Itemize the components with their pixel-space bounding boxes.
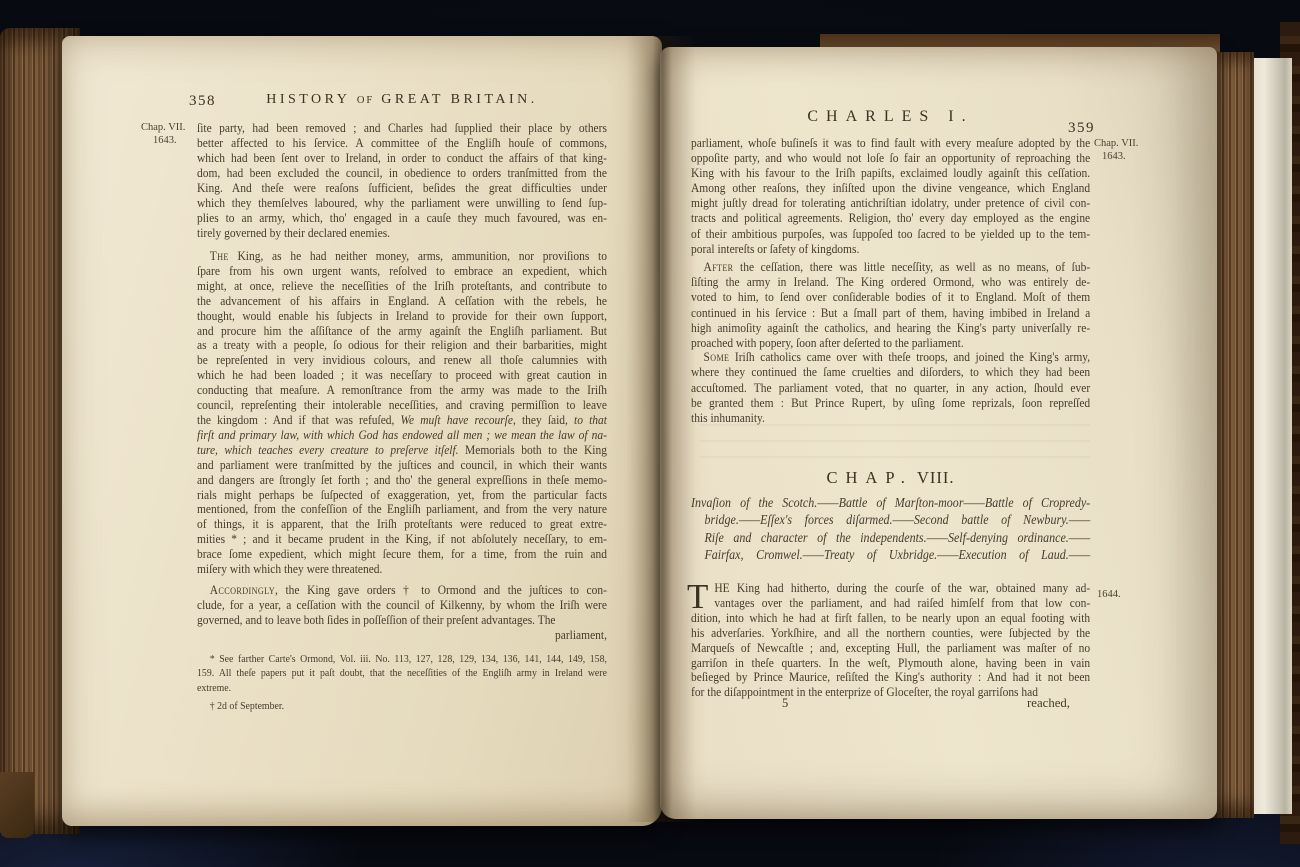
text-line: tirely governed by their declared enemie… [197,226,607,241]
text-line: After the ceſſation, there was little ne… [691,260,1090,275]
text-line: better affected to his ſervice. A commit… [197,136,607,151]
text-line: firſt and primary law, with which God ha… [197,428,607,443]
text-line: Among other reaſons, they inſiſted upon … [691,181,1090,196]
body-paragraph: After the ceſſation, there was little ne… [691,260,1090,351]
text-line: and parliament were tranſmitted by the j… [197,458,607,473]
chapter-summary: Invaſion of the Scotch.——Battle of Marſt… [691,494,1090,564]
text-line: garriſon in theſe quarters. In the weſt,… [691,656,1090,671]
chapter-heading: CHAP. VIII. [691,468,1090,488]
gutter-shadow [626,36,696,822]
text-line: continued in his ſervice : But a ſmall p… [691,306,1090,321]
text-line: oppoſite party, and who would not loſe ſ… [691,151,1090,166]
text-line: might, at once, relieve the neceſſities … [197,279,607,294]
text-line: proached with popery, ſoon after deſerte… [691,336,1090,351]
text-line: vantages over the parliament, and had ra… [691,596,1090,611]
text-line: ſpare from his own urgent wants, reſolve… [197,264,607,279]
text-line: which he had been loaded ; it was neceſſ… [197,368,607,383]
catchword-left: parliament, [197,628,607,643]
text-line: beſieged by Prince Maurice, reſiſted the… [691,670,1090,685]
text-line: of things, it is apparent, that the Iriſ… [197,517,607,532]
running-title-right: CHARLES I. [691,108,1090,126]
text-line: council, repreſenting their intolerable … [197,398,607,413]
body-paragraph: Accordingly, the King gave orders † to O… [197,583,607,628]
text-line: Accordingly, the King gave orders † to O… [197,583,607,598]
text-line: King. And theſe were reaſons ſufficient,… [197,181,607,196]
text-line: Invaſion of the Scotch.——Battle of Marſt… [691,494,1090,511]
text-line: clude, for a year, a ceſſation with the … [197,598,607,613]
text-line: parliament, whoſe buſineſs it was to fin… [691,136,1090,151]
margin-note-chapter-right: Chap. VII. 1643. [1094,137,1152,163]
body-paragraph: The King, as he had neither money, arms,… [197,249,607,577]
text-line: accuſtomed. The parliament voted, that n… [691,381,1090,396]
text-line: voted to him, to ſend over conſiderable … [691,290,1090,305]
text-line: ture, which teaches every creature to pr… [197,443,607,458]
text-line: which they themſelves laboured, why the … [197,196,607,211]
text-line: dom, had been excluded the council, in o… [197,166,607,181]
text-line: be granted them : But Prince Rupert, by … [691,396,1090,411]
text-line: and dangers are ſtrongly ſet forth ; and… [197,473,607,488]
text-line: mentioned, from the confeſſion of the En… [197,502,607,517]
leather-corner [0,772,34,838]
text-line: HE King had hitherto, during the courſe … [691,581,1090,596]
body-paragraph: Some Iriſh catholics came over with theſ… [691,350,1090,426]
text-line: be repreſented in very invidious colours… [197,353,607,368]
text-line: high animoſity againſt the catholics, an… [691,321,1090,336]
text-line: extreme. [197,681,607,695]
running-title-left: HISTORY OF GREAT BRITAIN. [197,92,607,108]
text-line: which had been ſent over to Ireland, in … [197,151,607,166]
text-line: and procure him the aſſiſtance of the ar… [197,324,607,339]
text-line: conducting that meaſure. A remonſtrance … [197,383,607,398]
text-line: dition, into which he had at firſt falle… [691,611,1090,626]
text-line: plies to an army, which, tho' engaged in… [197,211,607,226]
text-line: as a treaty with a people, ſo odious for… [197,338,607,353]
text-line: The King, as he had neither money, arms,… [197,249,607,264]
text-line: tracts and political agreements. Religio… [691,211,1090,226]
body-paragraph: parliament, whoſe buſineſs it was to fin… [691,136,1090,257]
text-line: this inhumanity. [691,411,1090,426]
text-line: poral intereſts or ſafety of kingdoms. [691,242,1090,257]
text-line: ſiſting the army in Ireland. The King or… [691,275,1090,290]
margin-note-year-1644: 1644. [1097,588,1121,601]
text-line: might juſtly dread for tolerating antich… [691,196,1090,211]
text-line: miſery with which they were threatened. [197,562,607,577]
right-fore-edge [1212,52,1254,818]
footnote-star: * See farther Carte's Ormond, Vol. iii. … [197,652,607,695]
text-line: thought, would enable his ſubjects in Ir… [197,309,607,324]
text-line: of their ambitious purpoſes, was ſuppoſe… [691,227,1090,242]
text-line: his adverſaries. Yorkſhire, and all the … [691,626,1090,641]
text-line: * See farther Carte's Ormond, Vol. iii. … [197,652,607,666]
text-line: where they continued the ſame cruelties … [691,365,1090,380]
book-photograph: 358 HISTORY OF GREAT BRITAIN. Chap. VII.… [0,0,1300,867]
text-line: ſite party, had been removed ; and Charl… [197,121,607,136]
text-line: Some Iriſh catholics came over with theſ… [691,350,1090,365]
signature-mark: 5 [782,696,788,711]
page-number-359: 359 [1068,120,1095,137]
text-line: the advancement of his affairs in Englan… [197,294,607,309]
text-line: Fairfax, Cromwel.——Treaty of Uxbridge.——… [691,546,1090,563]
show-through-ghost-text [700,424,1090,472]
text-line: mities * ; and it became prudent in the … [197,532,607,547]
catchword-right: reached, [950,696,1070,711]
text-line: rials might perhaps be ſuſpected of exag… [197,488,607,503]
text-line: Riſe and character of the independents.—… [691,529,1090,546]
opening-paragraph: HE King had hitherto, during the courſe … [691,581,1090,700]
text-line: King with his favour to the Iriſh papiſt… [691,166,1090,181]
text-line: governed, and to leave both ſides in poſ… [197,613,607,628]
body-paragraph: ſite party, had been removed ; and Charl… [197,121,607,241]
text-line: brace ſome expedient, which might ſecure… [197,547,607,562]
text-line: 159. All theſe papers put it paſt doubt,… [197,666,607,680]
text-line: the kingdom : And if that was refuſed, W… [197,413,607,428]
footnote-dagger: † 2d of September. [197,699,620,713]
margin-note-chapter-left: Chap. VII. 1643. [141,121,197,147]
text-line: bridge.——Eſſex's forces diſarmed.——Secon… [691,511,1090,528]
text-line: Marqueſs of Newcaſtle ; and, excepting H… [691,641,1090,656]
